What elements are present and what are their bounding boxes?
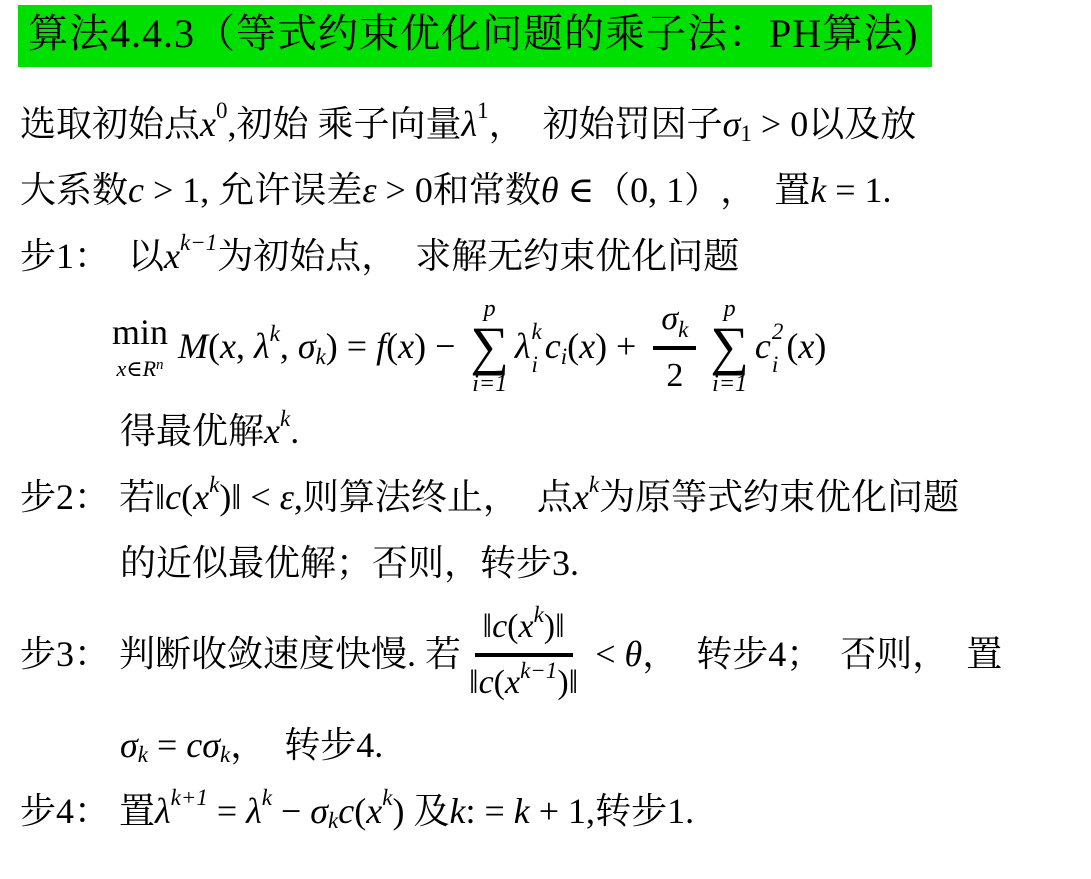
algorithm-title-highlight: 算法4.4.3（等式约束优化问题的乘子法：PH算法) <box>18 5 932 67</box>
text-token: , <box>280 324 298 369</box>
text-token: k−1 <box>520 657 557 685</box>
fraction-numerator: σk <box>653 297 696 350</box>
text-token: ) <box>814 324 826 369</box>
fraction-denominator: ‖c(xk−1)‖ <box>469 657 578 704</box>
text-token: x <box>220 324 236 369</box>
text-token: k <box>316 343 326 372</box>
text-token: ( <box>354 789 366 834</box>
text-token: k−1 <box>180 229 217 258</box>
text-token: 步3： 判断收敛速度快慢. 若 <box>20 632 461 677</box>
text-token: c <box>755 324 771 369</box>
step1-result-line: 得最优解xk. <box>0 407 1091 457</box>
text-token: > 0 <box>752 102 808 147</box>
text-token: ， 转步4； 否则， 置 <box>642 632 1002 677</box>
text-token: ( <box>386 324 398 369</box>
text-token: c <box>492 607 507 648</box>
text-token: λ <box>462 102 478 147</box>
text-token: : = <box>465 789 513 834</box>
text-token: σ <box>723 102 741 147</box>
text-token: x <box>505 663 520 704</box>
text-token: ‖ <box>155 475 165 520</box>
text-token: c <box>479 663 494 704</box>
text-token: θ <box>541 168 559 213</box>
text-token: k <box>534 601 544 629</box>
step2-line-2: 的近似最优解；否则，转步3. <box>0 539 1091 589</box>
step2-line-1: 步2： 若‖c(xk)‖ < ε,则算法终止， 点xk为原等式约束优化问题 <box>0 473 1091 523</box>
text-token: x <box>366 789 382 834</box>
step3-line-1: 步3： 判断收敛速度快慢. 若‖c(xk)‖‖c(xk−1)‖ < θ， 转步4… <box>0 605 1091 705</box>
text-token: > 1, <box>144 168 218 213</box>
text-token: + 1, <box>530 789 595 834</box>
text-token: x <box>579 324 595 369</box>
step4-line: 步4： 置λk+1 = λk − σkc(xk) 及k: = k + 1,转步1… <box>0 786 1091 836</box>
fraction-denominator: 2 <box>666 350 683 397</box>
min-label: min <box>112 314 168 350</box>
text-token: R <box>143 358 156 380</box>
text-token: x <box>200 102 216 147</box>
text-token: λ <box>246 789 262 834</box>
text-token: k <box>678 316 688 344</box>
text-token: M <box>178 324 208 369</box>
text-token: 转步1. <box>595 789 694 834</box>
text-token: ( <box>181 475 193 520</box>
text-token: ‖ <box>483 607 493 648</box>
text-token: 和常数 <box>433 168 541 213</box>
summation-lower-limit: i=1 <box>712 372 747 396</box>
sigma-symbol: ∑ <box>710 321 749 372</box>
text-token: c <box>545 324 561 369</box>
fraction: ‖c(xk)‖‖c(xk−1)‖ <box>469 605 578 705</box>
text-token: k+1 <box>171 784 208 813</box>
text-token: 步1： 以 <box>20 234 164 279</box>
text-token: ) − <box>414 324 464 369</box>
min-operator: minx∈Rn <box>112 314 168 380</box>
text-token: x <box>264 409 280 454</box>
sub-sup-stack: 2i <box>772 320 784 376</box>
text-token: < <box>586 632 624 677</box>
step3-line-2: σk = cσk， 转步4. <box>0 720 1091 770</box>
text-token: 2 <box>666 356 683 397</box>
text-token: 的近似最优解；否则，转步3. <box>120 541 579 586</box>
text-token: k <box>262 784 272 813</box>
text-token: = <box>208 789 246 834</box>
text-token: 步4： 置 <box>20 789 155 834</box>
text-token: σ <box>298 324 316 369</box>
text-token: i <box>561 343 567 372</box>
text-token: ) + <box>595 324 645 369</box>
text-token: ， 置 <box>720 168 810 213</box>
page-root: { "page": { "colors": { "background": "#… <box>0 0 1091 879</box>
text-token: k <box>382 784 392 813</box>
text-token: ) <box>392 789 413 834</box>
superscript: k <box>531 320 541 343</box>
text-token: 选取初始点 <box>20 102 200 147</box>
text-token: ε <box>280 475 294 520</box>
text-token: x <box>117 358 127 380</box>
text-token: )‖ <box>557 663 578 704</box>
superscript: 2 <box>772 320 784 343</box>
text-token: k <box>209 471 219 500</box>
text-token: ( <box>494 663 505 704</box>
step1-formula-line: minx∈RnM(x, λk, σk) = f(x) − p∑i=1λkici(… <box>0 297 1091 397</box>
text-token: 为原等式约束优化问题 <box>599 475 959 520</box>
text-token: ， 初始罚因子 <box>489 102 723 147</box>
text-token: 初始 乘子向量 <box>237 102 462 147</box>
title-row: 算法4.4.3（等式约束优化问题的乘子法：PH算法) <box>18 5 1091 67</box>
algorithm-title: 算法4.4.3（等式约束优化问题的乘子法：PH算法) <box>28 11 918 56</box>
text-token: x <box>518 607 533 648</box>
fraction-numerator: ‖c(xk)‖ <box>475 605 573 658</box>
text-token: = 1. <box>826 168 891 213</box>
text-token: ( <box>786 324 798 369</box>
text-token: , <box>228 102 237 147</box>
summation: p∑i=1 <box>470 297 509 396</box>
text-token: , <box>294 475 303 520</box>
text-token: 大系数 <box>20 168 128 213</box>
text-token: 得最优解 <box>120 409 264 454</box>
text-token: )‖ < <box>219 475 279 520</box>
text-token: ∈ <box>126 358 142 380</box>
text-token: k <box>280 405 290 434</box>
text-token: k <box>328 807 338 836</box>
text-token: ∈（0, 1） <box>559 168 721 213</box>
text-token: ( <box>507 607 518 648</box>
text-token: ‖ <box>469 663 479 704</box>
text-token: 允许误差 <box>218 168 362 213</box>
text-token: )‖ <box>544 607 565 648</box>
intro-line-1: 选取初始点x0,初始 乘子向量λ1， 初始罚因子σ1 > 0以及放 <box>0 99 1091 149</box>
text-token: λ <box>515 324 531 369</box>
text-token: k <box>589 471 599 500</box>
text-token: 则算法终止， 点 <box>303 475 573 520</box>
sub-sup-stack: ki <box>531 320 541 376</box>
text-token: k <box>270 320 280 349</box>
subscript: i <box>772 353 778 376</box>
text-token: σ <box>120 723 138 768</box>
text-token: x <box>798 324 814 369</box>
text-token: x <box>193 475 209 520</box>
text-token: > 0 <box>377 168 433 213</box>
text-token: = <box>148 723 186 768</box>
text-token: , <box>236 324 254 369</box>
text-token: c <box>165 475 181 520</box>
text-token: 为初始点， 求解无约束优化问题 <box>217 234 739 279</box>
text-token: σ <box>661 299 678 340</box>
subscript: i <box>531 353 537 376</box>
text-token: . <box>290 409 299 454</box>
summation: p∑i=1 <box>710 297 749 396</box>
text-token: c <box>128 168 144 213</box>
text-token: 及 <box>413 789 449 834</box>
text-token: λ <box>254 324 270 369</box>
text-token: x <box>164 234 180 279</box>
intro-line-2: 大系数c > 1, 允许误差ε > 0和常数θ ∈（0, 1）， 置k = 1. <box>0 165 1091 215</box>
text-token: k <box>514 789 530 834</box>
sigma-symbol: ∑ <box>470 321 509 372</box>
text-token: σ <box>202 723 220 768</box>
text-token: c <box>186 723 202 768</box>
text-token: ( <box>208 324 220 369</box>
text-token: f <box>376 324 386 369</box>
min-subscript: x∈Rn <box>117 358 164 380</box>
text-token: x <box>398 324 414 369</box>
text-token: k <box>449 789 465 834</box>
fraction: σk2 <box>653 297 696 397</box>
text-token: λ <box>155 789 171 834</box>
text-token: k <box>138 741 148 770</box>
step1-line: 步1： 以xk−1为初始点， 求解无约束优化问题 <box>0 231 1091 281</box>
text-token: ε <box>362 168 376 213</box>
summation-lower-limit: i=1 <box>472 372 507 396</box>
text-token: 步2： 若 <box>20 475 155 520</box>
text-token: 以及放 <box>808 102 916 147</box>
text-token: 1 <box>740 120 752 149</box>
text-token: 1 <box>477 97 489 126</box>
text-token: θ <box>625 632 643 677</box>
text-token: k <box>810 168 826 213</box>
text-token: ， 转步4. <box>230 723 383 768</box>
text-token: c <box>338 789 354 834</box>
text-token: 0 <box>216 97 228 126</box>
text-token: ( <box>567 324 579 369</box>
text-token: k <box>220 741 230 770</box>
text-token: x <box>573 475 589 520</box>
text-token: − <box>272 789 310 834</box>
text-token: ) = <box>326 324 376 369</box>
text-token: σ <box>310 789 328 834</box>
text-token: n <box>156 358 164 373</box>
